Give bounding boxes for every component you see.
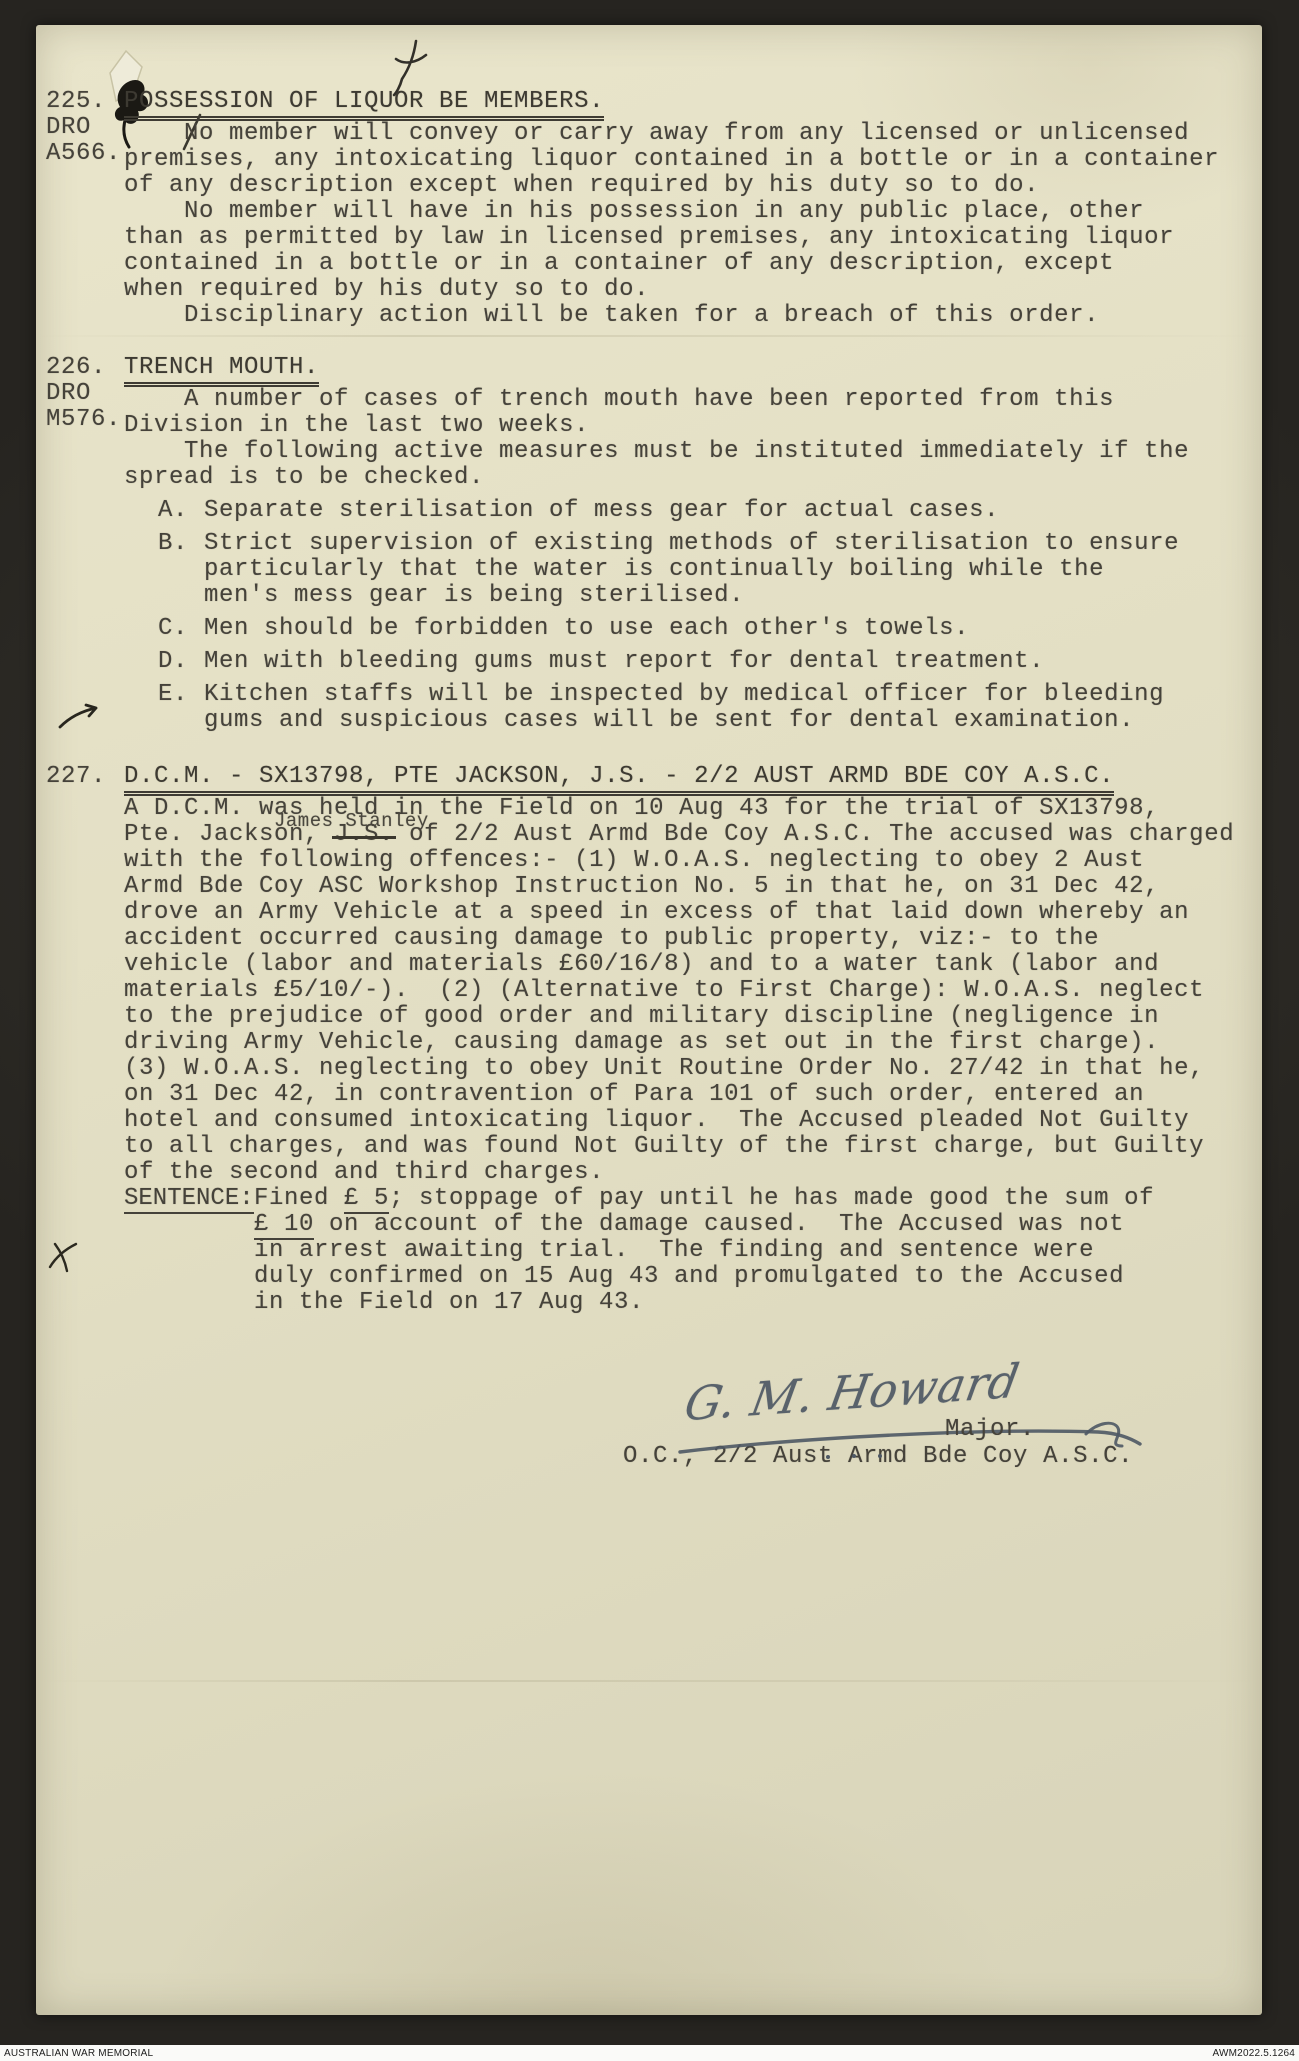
item-letter: E. bbox=[158, 682, 204, 734]
sentence-label: SENTENCE: bbox=[124, 1186, 254, 1316]
item-letter: B. bbox=[158, 531, 204, 609]
list-item-d: D. Men with bleeding gums must report fo… bbox=[124, 649, 1262, 675]
sentence-block: SENTENCE: Fined £ 5; stoppage of pay unt… bbox=[124, 1186, 1262, 1316]
sentence-body: Fined £ 5; stoppage of pay until he has … bbox=[254, 1186, 1262, 1316]
typed-content: 225. DRO A566. POSSESSION OF LIQUOR BE M… bbox=[36, 25, 1262, 1470]
section-227-body: D.C.M. - SX13798, PTE JACKSON, J.S. - 2/… bbox=[124, 764, 1262, 1316]
dcm-charges-text: with the following offences:- (1) W.O.A.… bbox=[124, 848, 1262, 1186]
section-227-heading: D.C.M. - SX13798, PTE JACKSON, J.S. - 2/… bbox=[124, 764, 1262, 796]
paper-crease-bottom bbox=[36, 1680, 1262, 1682]
margin-ref-225: 225. DRO A566. bbox=[46, 89, 124, 167]
sentence-line-1: Fined £ 5; stoppage of pay until he has … bbox=[254, 1186, 1262, 1212]
sentence-rest: in arrest awaiting trial. The finding an… bbox=[254, 1238, 1262, 1316]
dcm-line2-struck-initials: J.S. bbox=[334, 821, 394, 848]
item-letter: D. bbox=[158, 649, 204, 675]
item-text: Separate sterilisation of mess gear for … bbox=[204, 498, 1262, 524]
archive-reference-number: AWM2022.5.1264 bbox=[1213, 2048, 1295, 2059]
signature-flourish bbox=[678, 1420, 1158, 1462]
section-226-paragraph-2: The following active measures must be in… bbox=[124, 439, 1262, 491]
list-item-e: E. Kitchen staffs will be inspected by m… bbox=[124, 682, 1262, 734]
dcm-line2-post: of 2/2 Aust Armd Bde Coy A.S.C. The accu… bbox=[394, 821, 1234, 848]
margin-ref-226: 226. DRO M576. bbox=[46, 355, 124, 433]
scan-page: { "colors": { "background": "#2c2a25", "… bbox=[0, 0, 1299, 2061]
list-item-b: B. Strict supervision of existing method… bbox=[124, 531, 1262, 609]
section-225: 225. DRO A566. POSSESSION OF LIQUOR BE M… bbox=[46, 89, 1262, 329]
signature-block: G. M. Howard Major. O.C., 2/2 Aust Armd … bbox=[623, 1444, 1223, 1470]
section-226-body: TRENCH MOUTH. A number of cases of trenc… bbox=[124, 355, 1262, 734]
item-letter: C. bbox=[158, 616, 204, 642]
measures-list: A. Separate sterilisation of mess gear f… bbox=[124, 498, 1262, 734]
archive-footer: AUSTRALIAN WAR MEMORIAL AWM2022.5.1264 bbox=[0, 2045, 1299, 2061]
fine-amount: £ 5 bbox=[344, 1185, 389, 1214]
signatory-rank: Major. bbox=[945, 1417, 1035, 1443]
item-text: Men with bleeding gums must report for d… bbox=[204, 649, 1262, 675]
damages-amount: £ 10 bbox=[254, 1211, 314, 1240]
section-225-heading: POSSESSION OF LIQUOR BE MEMBERS. bbox=[124, 89, 1262, 121]
section-226-paragraph-1: A number of cases of trench mouth have b… bbox=[124, 387, 1262, 439]
list-item-a: A. Separate sterilisation of mess gear f… bbox=[124, 498, 1262, 524]
item-text: Kitchen staffs will be inspected by medi… bbox=[204, 682, 1262, 734]
item-text: Strict supervision of existing methods o… bbox=[204, 531, 1262, 609]
section-225-body: POSSESSION OF LIQUOR BE MEMBERS. No memb… bbox=[124, 89, 1262, 329]
section-225-paragraph-2: No member will have in his possession in… bbox=[124, 199, 1262, 303]
scanned-document-paper: 225. DRO A566. POSSESSION OF LIQUOR BE M… bbox=[36, 25, 1262, 2015]
item-text: Men should be forbidden to use each othe… bbox=[204, 616, 1262, 642]
handwritten-signature: G. M. Howard bbox=[681, 1351, 1118, 1428]
section-226-heading: TRENCH MOUTH. bbox=[124, 355, 1262, 387]
archive-name: AUSTRALIAN WAR MEMORIAL bbox=[4, 2048, 153, 2059]
margin-ref-227: 227. bbox=[46, 764, 124, 790]
section-225-paragraph-1: No member will convey or carry away from… bbox=[124, 121, 1262, 199]
section-226: 226. DRO M576. TRENCH MOUTH. A number of… bbox=[46, 355, 1262, 734]
item-letter: A. bbox=[158, 498, 204, 524]
section-225-paragraph-3: Disciplinary action will be taken for a … bbox=[124, 303, 1262, 329]
list-item-c: C. Men should be forbidden to use each o… bbox=[124, 616, 1262, 642]
dcm-line-2: James StanleyPte. Jackson, J.S. of 2/2 A… bbox=[124, 822, 1262, 848]
section-227: 227. D.C.M. - SX13798, PTE JACKSON, J.S.… bbox=[46, 764, 1262, 1316]
sentence-line-2: £ 10 on account of the damage caused. Th… bbox=[254, 1212, 1262, 1238]
